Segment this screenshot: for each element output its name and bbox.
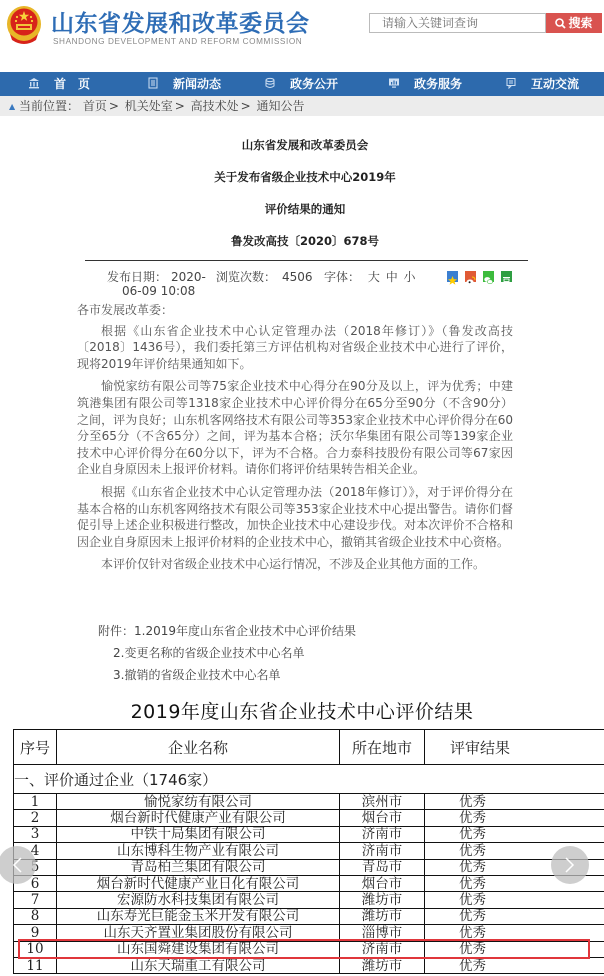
row-city: 潍坊市 xyxy=(340,908,425,924)
site-title[interactable]: 山东省发展和改革委员会 xyxy=(51,5,310,38)
nav-label: 互动交流 xyxy=(531,77,579,91)
row-city: 淄博市 xyxy=(340,925,425,941)
nav-item-gov-services[interactable]: 政务服务 xyxy=(388,72,462,96)
nav-label: 首 页 xyxy=(54,77,90,91)
bank-icon xyxy=(28,73,40,97)
paragraph-4: 本评价仅针对省级企业技术中心运行情况，不涉及企业其他方面的工作。 xyxy=(77,556,513,573)
breadcrumb-home[interactable]: 首页 xyxy=(83,99,107,113)
site-subtitle-en: SHANDONG DEVELOPMENT AND REFORM COMMISSI… xyxy=(53,37,302,46)
font-size-large[interactable]: 大 xyxy=(368,270,380,284)
attachment-1[interactable]: 附件：1.2019年度山东省企业技术中心评价结果 xyxy=(98,622,356,639)
monitor-chart-icon xyxy=(388,73,400,97)
row-no: 9 xyxy=(14,925,57,941)
row-company: 山东天齐置业集团股份有限公司 xyxy=(57,925,340,941)
breadcrumb-hightech-division[interactable]: 高技术处 xyxy=(191,99,239,113)
row-city: 济南市 xyxy=(340,941,425,957)
publish-time: 06-09 10:08 xyxy=(122,284,195,299)
results-table-title: 2019年度山东省企业技术中心评价结果 xyxy=(0,697,604,724)
breadcrumb: ▲ 当前位置： 首页> 机关处室> 高技术处> 通知公告 xyxy=(0,96,604,116)
search-input[interactable] xyxy=(369,13,546,33)
document-number: 鲁发改高技〔2020〕678号 xyxy=(0,233,604,249)
document-icon xyxy=(147,73,159,97)
title-divider xyxy=(85,260,528,261)
article-title-line2: 评价结果的通知 xyxy=(0,201,604,217)
row-company: 宏源防水科技集团有限公司 xyxy=(57,892,340,908)
attachment-3[interactable]: 3.撤销的省级企业技术中心名单 xyxy=(113,666,280,683)
publish-label: 发布日期： xyxy=(107,270,167,284)
row-result: 优秀 xyxy=(425,941,604,957)
database-icon xyxy=(264,73,276,97)
nav-item-interaction[interactable]: 互动交流 xyxy=(505,72,579,96)
chevron-right-icon xyxy=(563,856,577,874)
row-company: 烟台新时代健康产业日化有限公司 xyxy=(57,875,340,891)
douban-icon[interactable] xyxy=(501,271,512,282)
row-city: 青岛市 xyxy=(340,859,425,875)
attachments-label: 附件： xyxy=(98,624,134,638)
salutation: 各市发展改革委： xyxy=(77,302,513,319)
table-header-row: 序号 企业名称 所在地市 评审结果 xyxy=(14,730,604,765)
row-result: 优秀 xyxy=(425,892,604,908)
publish-date: 发布日期：2020- xyxy=(107,270,206,285)
row-no: 10 xyxy=(14,941,57,957)
nav-label: 政务服务 xyxy=(414,77,462,91)
chat-icon xyxy=(505,73,517,97)
next-slide-button[interactable] xyxy=(551,846,589,884)
font-label: 字体： xyxy=(324,270,360,284)
weibo-icon[interactable] xyxy=(465,271,476,282)
row-result: 优秀 xyxy=(425,957,604,973)
views-value: 4506 xyxy=(282,270,313,284)
table-row: 7宏源防水科技集团有限公司潍坊市优秀 xyxy=(14,892,604,908)
table-row: 8山东寿光巨能金玉米开发有限公司潍坊市优秀 xyxy=(14,908,604,924)
row-no: 1 xyxy=(14,794,57,810)
magnifier-icon xyxy=(555,18,566,29)
table-row: 11山东天瑞重工有限公司潍坊市优秀 xyxy=(14,957,604,973)
nav-label: 政务公开 xyxy=(290,77,338,91)
article-issuer: 山东省发展和改革委员会 xyxy=(0,137,604,153)
paragraph-3: 根据《山东省企业技术中心认定管理办法（2018年修订）》，对于评价得分在基本合格… xyxy=(77,484,513,550)
row-result: 优秀 xyxy=(425,810,604,826)
section-label: 一、评价通过企业（1746家） xyxy=(14,765,604,794)
row-company: 山东国舜建设集团有限公司 xyxy=(57,941,340,957)
row-company: 中铁十局集团有限公司 xyxy=(57,826,340,842)
favorite-star-icon[interactable] xyxy=(447,271,458,282)
chevron-left-icon xyxy=(10,856,24,874)
paragraph-1: 根据《山东省企业技术中心认定管理办法（2018年修订）》（鲁发改高技〔2018〕… xyxy=(77,323,513,373)
column-header-result: 评审结果 xyxy=(425,730,604,765)
row-city: 潍坊市 xyxy=(340,892,425,908)
breadcrumb-separator: > xyxy=(109,99,119,113)
row-no: 11 xyxy=(14,957,57,973)
table-row: 1愉悦家纺有限公司滨州市优秀 xyxy=(14,794,604,810)
breadcrumb-separator: > xyxy=(175,99,185,113)
search-button-label: 搜索 xyxy=(568,16,592,30)
location-icon: ▲ xyxy=(9,102,15,111)
article-body: 各市发展改革委： 根据《山东省企业技术中心认定管理办法（2018年修订）》（鲁发… xyxy=(77,302,513,573)
breadcrumb-separator: > xyxy=(241,99,251,113)
row-company: 愉悦家纺有限公司 xyxy=(57,794,340,810)
font-size-small[interactable]: 小 xyxy=(404,270,416,284)
main-nav: 首 页 新闻动态 政务公开 政务服务 互动交流 xyxy=(0,72,604,96)
row-city: 烟台市 xyxy=(340,875,425,891)
row-no: 2 xyxy=(14,810,57,826)
font-size-medium[interactable]: 中 xyxy=(386,270,398,284)
table-row-highlighted: 10山东国舜建设集团有限公司济南市优秀 xyxy=(14,941,604,957)
site-header: 山东省发展和改革委员会 SHANDONG DEVELOPMENT AND REF… xyxy=(0,0,604,70)
breadcrumb-prefix: 当前位置： xyxy=(19,99,79,113)
table-row: 3中铁十局集团有限公司济南市优秀 xyxy=(14,826,604,842)
breadcrumb-notices[interactable]: 通知公告 xyxy=(257,99,305,113)
attachment-2[interactable]: 2.变更名称的省级企业技术中心名单 xyxy=(113,644,304,661)
row-result: 优秀 xyxy=(425,794,604,810)
row-city: 滨州市 xyxy=(340,794,425,810)
table-row: 9山东天齐置业集团股份有限公司淄博市优秀 xyxy=(14,925,604,941)
table-row: 6烟台新时代健康产业日化有限公司烟台市优秀 xyxy=(14,875,604,891)
row-city: 济南市 xyxy=(340,826,425,842)
article-title-line1: 关于发布省级企业技术中心2019年 xyxy=(0,169,604,185)
table-row: 2烟台新时代健康产业有限公司烟台市优秀 xyxy=(14,810,604,826)
nav-label: 新闻动态 xyxy=(173,77,221,91)
nav-item-home[interactable]: 首 页 xyxy=(28,72,90,96)
column-header-company: 企业名称 xyxy=(57,730,340,765)
breadcrumb-departments[interactable]: 机关处室 xyxy=(125,99,173,113)
search-button[interactable]: 搜索 xyxy=(546,13,602,33)
view-count: 浏览次数：4506 xyxy=(216,270,313,285)
results-table: 序号 企业名称 所在地市 评审结果 一、评价通过企业（1746家） 1愉悦家纺有… xyxy=(13,729,604,974)
table-row: 5青岛柏兰集团有限公司青岛市优秀 xyxy=(14,859,604,875)
section-row: 一、评价通过企业（1746家） xyxy=(14,765,604,794)
row-company: 烟台新时代健康产业有限公司 xyxy=(57,810,340,826)
nav-item-gov-affairs[interactable]: 政务公开 xyxy=(264,72,338,96)
row-city: 潍坊市 xyxy=(340,957,425,973)
column-header-no: 序号 xyxy=(14,730,57,765)
wechat-icon[interactable] xyxy=(483,271,494,282)
row-result: 优秀 xyxy=(425,826,604,842)
row-no: 8 xyxy=(14,908,57,924)
share-bar xyxy=(447,271,514,283)
attachment-1-link[interactable]: 1.2019年度山东省企业技术中心评价结果 xyxy=(134,624,356,638)
paragraph-2: 愉悦家纺有限公司等75家企业技术中心得分在90分及以上，评为优秀；中建筑港集团有… xyxy=(77,378,513,478)
row-company: 青岛柏兰集团有限公司 xyxy=(57,859,340,875)
national-emblem-icon xyxy=(5,4,43,46)
column-header-city: 所在地市 xyxy=(340,730,425,765)
row-result: 优秀 xyxy=(425,925,604,941)
row-city: 济南市 xyxy=(340,843,425,859)
nav-item-news[interactable]: 新闻动态 xyxy=(147,72,221,96)
row-result: 优秀 xyxy=(425,908,604,924)
row-city: 烟台市 xyxy=(340,810,425,826)
row-no: 3 xyxy=(14,826,57,842)
row-company: 山东寿光巨能金玉米开发有限公司 xyxy=(57,908,340,924)
row-no: 7 xyxy=(14,892,57,908)
row-company: 山东天瑞重工有限公司 xyxy=(57,957,340,973)
publish-date-part1: 2020- xyxy=(171,270,206,284)
row-company: 山东博科生物产业有限公司 xyxy=(57,843,340,859)
views-label: 浏览次数： xyxy=(216,270,276,284)
table-row: 4山东博科生物产业有限公司济南市优秀 xyxy=(14,843,604,859)
font-size-switcher: 字体： 大 中 小 xyxy=(324,270,416,285)
